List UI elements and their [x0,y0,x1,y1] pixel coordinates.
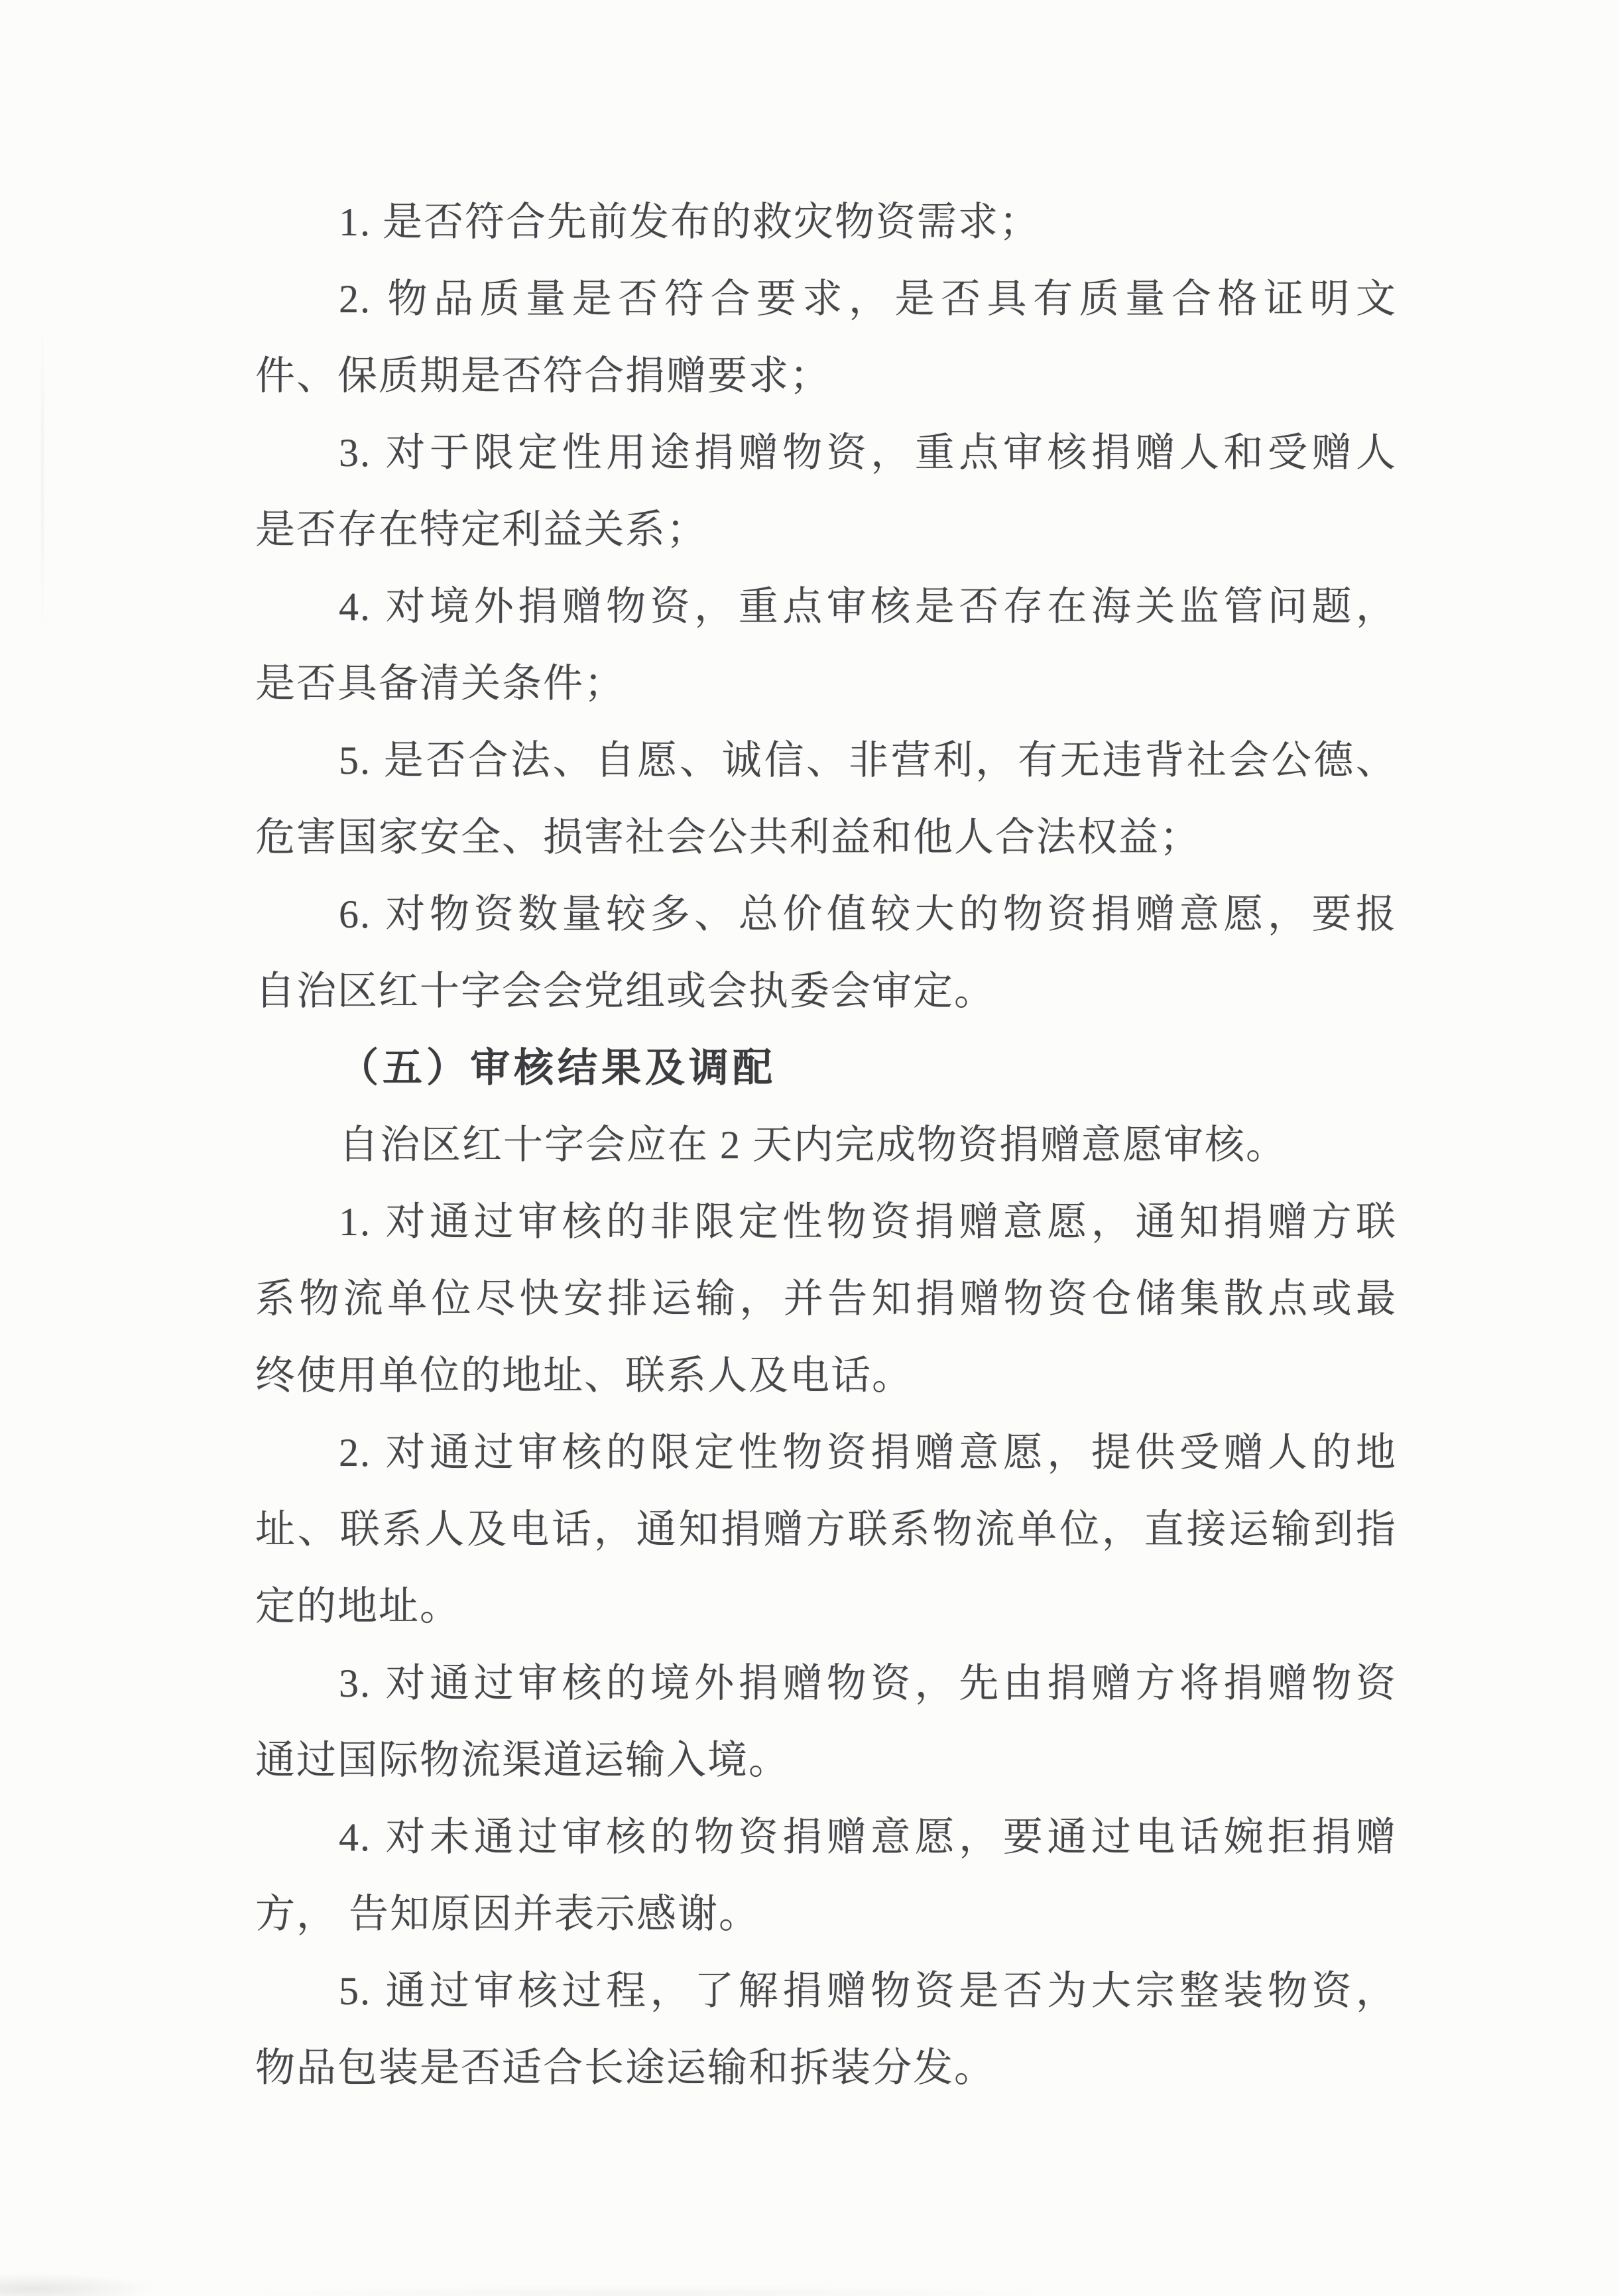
continuation-line: 定的地址。 [255,1568,1397,1645]
continuation-line: 危害国家安全、损害社会公共利益和他人合法权益； [255,799,1397,876]
continuation-line: 自治区红十字会会党组或会执委会审定。 [255,953,1397,1030]
numbered-item-line: 5. 通过审核过程，了解捐赠物资是否为大宗整装物资， [255,1953,1397,2029]
continuation-line: 通过国际物流渠道运输入境。 [255,1722,1397,1799]
document-page: 1. 是否符合先前发布的救灾物资需求； 2. 物品质量是否符合要求，是否具有质量… [0,0,1619,2296]
numbered-item-line: 1. 对通过审核的非限定性物资捐赠意愿，通知捐赠方联 [255,1183,1397,1260]
numbered-item-line: 3. 对通过审核的境外捐赠物资，先由捐赠方将捐赠物资 [255,1645,1397,1722]
continuation-line: 件、保质期是否符合捐赠要求； [255,337,1397,414]
continuation-line: 终使用单位的地址、联系人及电话。 [255,1337,1397,1414]
continuation-line: 是否具备清关条件； [255,645,1397,722]
numbered-item-line: 4. 对境外捐赠物资，重点审核是否存在海关监管问题， [255,568,1397,645]
numbered-item-line: 4. 对未通过审核的物资捐赠意愿，要通过电话婉拒捐赠 [255,1799,1397,1876]
continuation-line: 址、联系人及电话，通知捐赠方联系物流单位，直接运输到指 [255,1491,1397,1568]
continuation-line: 系物流单位尽快安排运输，并告知捐赠物资仓储集散点或最 [255,1260,1397,1337]
section-heading: （五）审核结果及调配 [255,1030,1397,1107]
numbered-item-line: 5. 是否合法、自愿、诚信、非营利，有无违背社会公德、 [255,722,1397,799]
continuation-line: 物品包装是否适合长途运输和拆装分发。 [255,2029,1397,2106]
continuation-line: 方， 告知原因并表示感谢。 [255,1876,1397,1953]
paragraph-line: 自治区红十字会应在 2 天内完成物资捐赠意愿审核。 [255,1107,1397,1183]
numbered-item-line: 1. 是否符合先前发布的救灾物资需求； [255,184,1397,261]
continuation-line: 是否存在特定利益关系； [255,491,1397,568]
numbered-item-line: 2. 物品质量是否符合要求，是否具有质量合格证明文 [255,261,1397,337]
numbered-item-line: 2. 对通过审核的限定性物资捐赠意愿，提供受赠人的地 [255,1414,1397,1491]
document-text-block: 1. 是否符合先前发布的救灾物资需求； 2. 物品质量是否符合要求，是否具有质量… [255,184,1397,2106]
numbered-item-line: 3. 对于限定性用途捐赠物资，重点审核捐赠人和受赠人 [255,414,1397,491]
numbered-item-line: 6. 对物资数量较多、总价值较大的物资捐赠意愿，要报 [255,876,1397,953]
